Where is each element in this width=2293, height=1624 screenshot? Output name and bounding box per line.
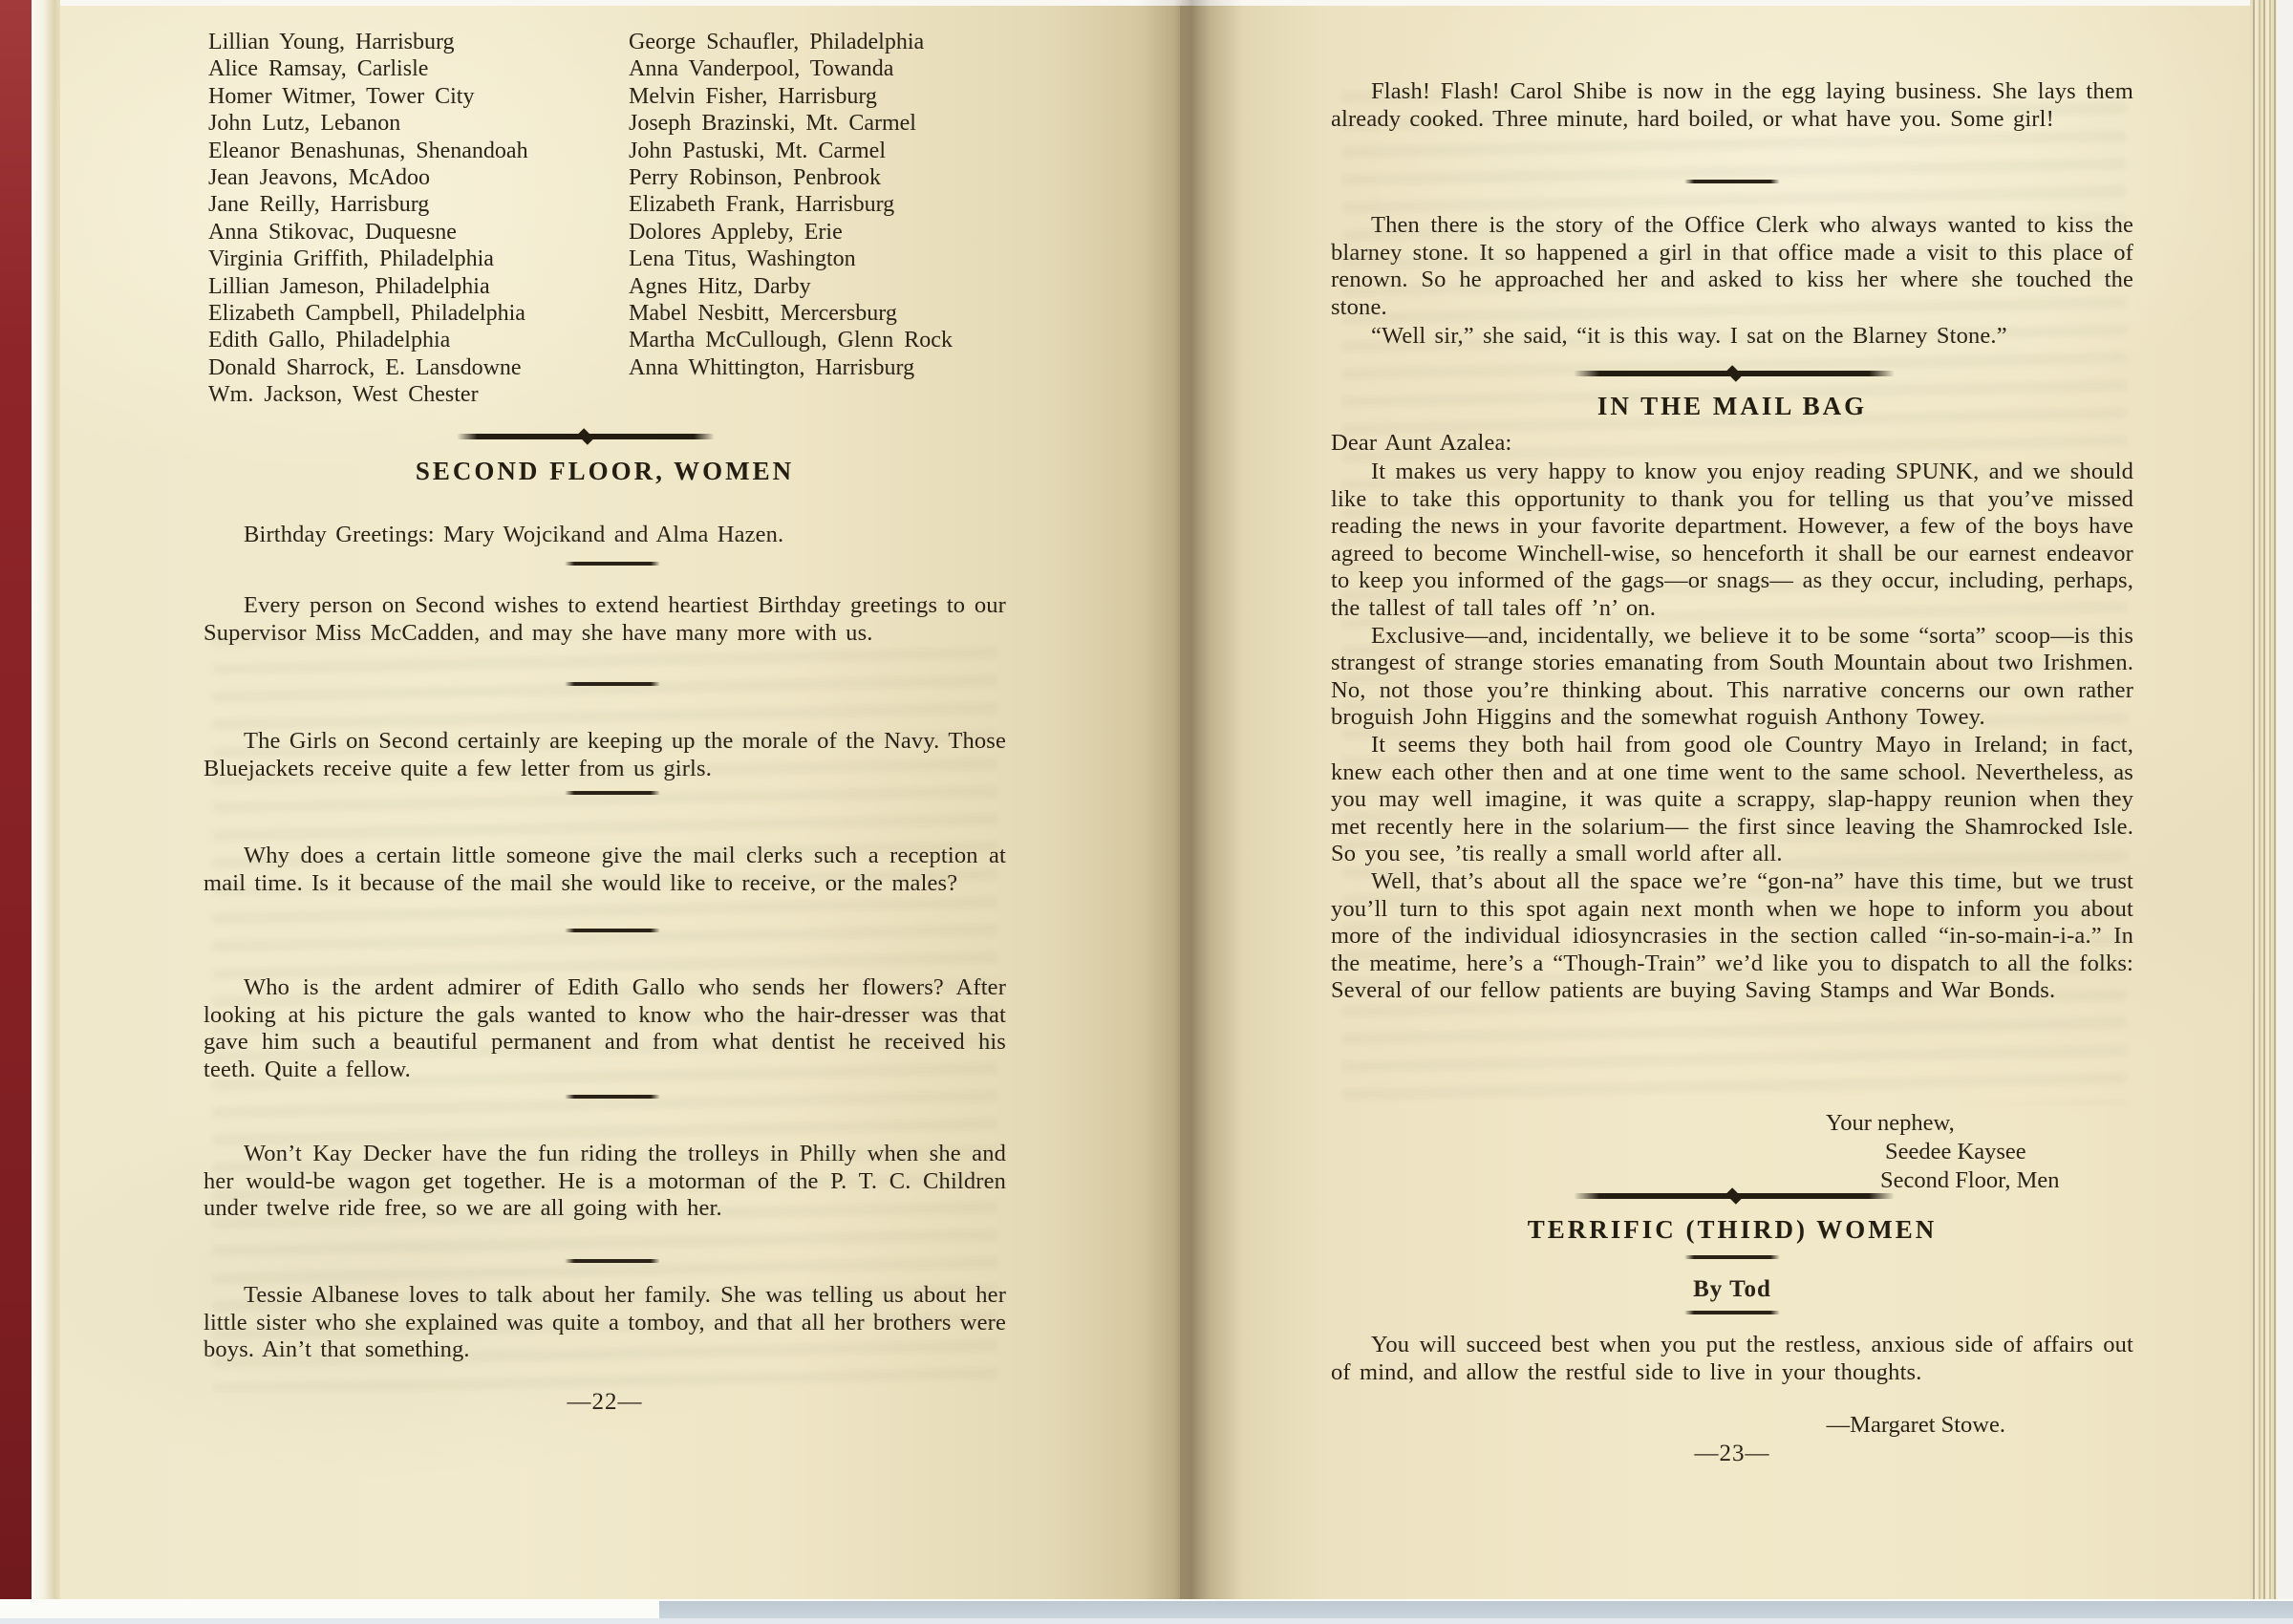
roster-name: Anna Stikovac, Duquesne [208,219,528,246]
roster-name: John Lutz, Lebanon [208,110,528,137]
item-divider-rule [565,562,660,566]
item-divider-rule [565,1095,660,1099]
roster-name: Mabel Nesbitt, Mercersburg [629,300,953,327]
letter-signoff: Your nephew, Seedee Kaysee Second Floor,… [1826,1109,2060,1195]
blarney-stone-quote: “Well sir,” she said, “it is this way. I… [1331,323,2133,351]
book-cover-edge [0,0,32,1599]
letter-paragraph: Exclusive—and, incidentally, we believe … [1331,623,2133,732]
signoff-line: Your nephew, [1826,1109,2060,1138]
roster-name: Donald Sharrock, E. Lansdowne [208,354,528,381]
roster-name: Lena Titus, Washington [629,246,953,272]
news-item: Why does a certain little someone give t… [204,843,1006,897]
roster-name: Melvin Fisher, Harrisburg [629,83,953,110]
page-stack-edge [2250,0,2277,1599]
item-divider-rule [1684,1255,1780,1259]
roster-column-1: Lillian Young, HarrisburgAlice Ramsay, C… [208,29,528,409]
signoff-line: Seedee Kaysee [1826,1138,2060,1166]
section-divider-ornament [1574,371,1895,376]
page-number-22: —22— [204,1389,1006,1416]
scanner-bed-strip [659,1601,2293,1618]
roster-name: Anna Whittington, Harrisburg [629,354,953,381]
roster-name: Dolores Appleby, Erie [629,219,953,246]
section-heading-terrific-third-women: TERRIFIC (THIRD) WOMEN [1331,1215,2133,1245]
attribution-margaret-stowe: —Margaret Stowe. [1331,1412,2005,1439]
roster-name: Agnes Hitz, Darby [629,273,953,300]
news-item-flash: Flash! Flash! Carol Shibe is now in the … [1331,78,2133,133]
roster-name: Jean Jeavons, McAdoo [208,164,528,191]
news-item: Won’t Kay Decker have the fun riding the… [204,1141,1006,1223]
left-paper-edge [32,0,60,1599]
letter-paragraph: It makes us very happy to know you enjoy… [1331,459,2133,623]
roster-name: Elizabeth Campbell, Philadelphia [208,300,528,327]
scanned-book-spread: Lillian Young, HarrisburgAlice Ramsay, C… [0,0,2293,1624]
roster-name: Elizabeth Frank, Harrisburg [629,191,953,218]
scan-right-margin [2277,0,2293,1599]
item-divider-rule [565,929,660,932]
item-divider-rule [1684,1311,1780,1314]
roster-name: Martha McCullough, Glenn Rock [629,327,953,353]
page-left: Lillian Young, HarrisburgAlice Ramsay, C… [60,6,1180,1599]
item-divider-rule [565,1259,660,1263]
roster-name: Wm. Jackson, West Chester [208,381,528,408]
item-divider-rule [565,791,660,795]
roster-name: Lillian Young, Harrisburg [208,29,528,55]
roster-name: Alice Ramsay, Carlisle [208,55,528,82]
page-number-23: —23— [1331,1441,2133,1467]
section-heading-second-floor-women: SECOND FLOOR, WOMEN [204,457,1006,486]
section-divider-ornament [457,434,715,439]
news-item: The Girls on Second certainly are keepin… [204,728,1006,782]
roster-name: Eleanor Benashunas, Shenandoah [208,138,528,164]
scanner-bed-strip-thin [0,1618,2293,1624]
terrific-paragraph: You will succeed best when you put the r… [1331,1332,2133,1386]
news-item: Who is the ardent admirer of Edith Gallo… [204,974,1006,1083]
letter-paragraph: It seems they both hail from good ole Co… [1331,732,2133,868]
roster-name: Joseph Brazinski, Mt. Carmel [629,110,953,137]
news-item: Every person on Second wishes to extend … [204,592,1006,647]
roster-name: Anna Vanderpool, Towanda [629,55,953,82]
section-divider-ornament [1574,1193,1895,1199]
page-right: Flash! Flash! Carol Shibe is now in the … [1180,6,2250,1599]
roster-name: George Schaufler, Philadelphia [629,29,953,55]
letter-salutation: Dear Aunt Azalea: [1331,430,2133,458]
news-item: Tessie Albanese loves to talk about her … [204,1282,1006,1364]
letter-body: It makes us very happy to know you enjoy… [1331,459,2133,1005]
birthday-greetings-line: Birthday Greetings: Mary Wojcikand and A… [204,522,1006,549]
letter-paragraph: Well, that’s about all the space we’re “… [1331,868,2133,1005]
roster-name: Homer Witmer, Tower City [208,83,528,110]
section-heading-in-the-mail-bag: IN THE MAIL BAG [1331,392,2133,421]
news-item-office-clerk: Then there is the story of the Office Cl… [1331,212,2133,321]
item-divider-rule [565,682,660,686]
roster-column-2: George Schaufler, PhiladelphiaAnna Vande… [629,29,953,381]
byline-by-tod: By Tod [1331,1276,2133,1303]
roster-name: Jane Reilly, Harrisburg [208,191,528,218]
roster-name: Lillian Jameson, Philadelphia [208,273,528,300]
roster-name: Virginia Griffith, Philadelphia [208,246,528,272]
roster-name: Edith Gallo, Philadelphia [208,327,528,353]
roster-name: John Pastuski, Mt. Carmel [629,138,953,164]
roster-name: Perry Robinson, Penbrook [629,164,953,191]
item-divider-rule [1684,180,1780,183]
signoff-line: Second Floor, Men [1826,1166,2060,1195]
